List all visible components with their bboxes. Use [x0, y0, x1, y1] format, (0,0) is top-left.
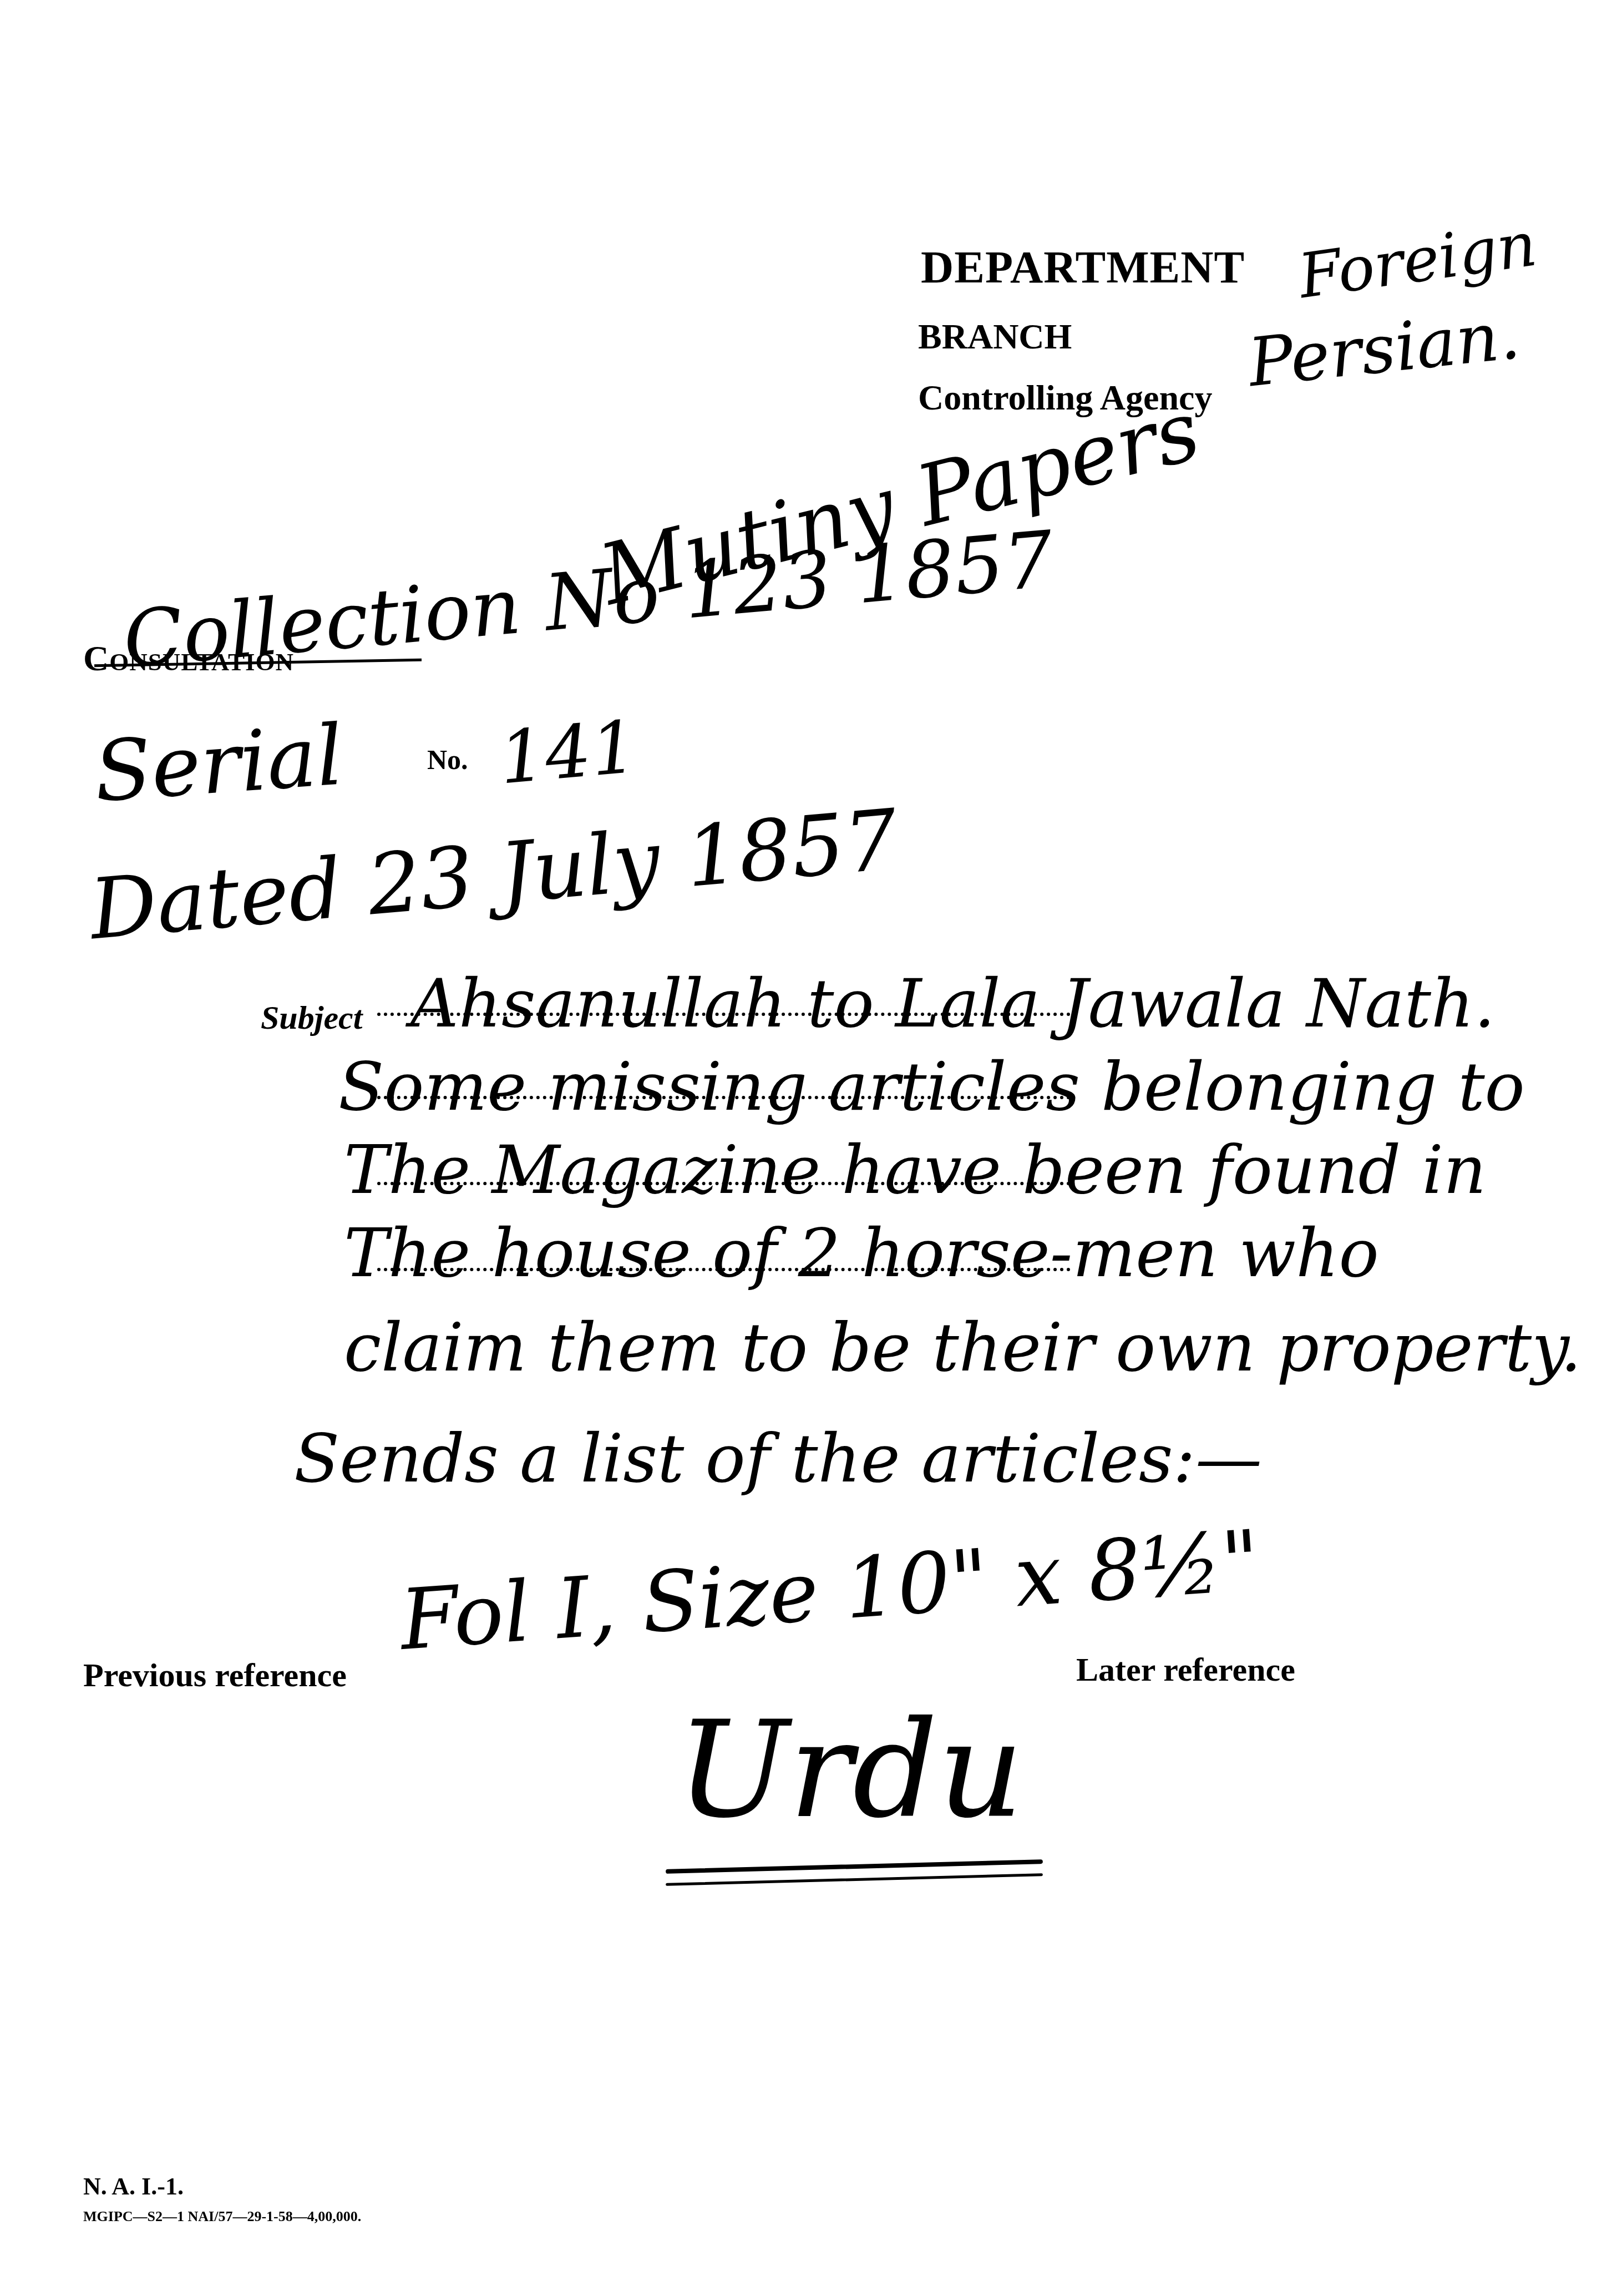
subject-line: The Magazine have been found in [344, 1132, 1486, 1209]
dated: Dated 23 July 1857 [86, 792, 901, 959]
previous-reference-label: Previous reference [83, 1656, 347, 1695]
later-reference-label: Later reference [1076, 1651, 1295, 1689]
serial-no-label: No. [427, 744, 468, 776]
subject-line: Sends a list of the articles:— [294, 1420, 1262, 1498]
department-label: DEPARTMENT [921, 241, 1245, 294]
subject-label: Subject [261, 999, 362, 1037]
print-info: MGIPC—S2—1 NAI/57—29-1-58—4,00,000. [83, 2208, 361, 2225]
serial-number: 141 [496, 704, 640, 800]
subject-line: claim them to be their own property. [344, 1309, 1581, 1387]
subject-line: Some missing articles belonging to [338, 1049, 1525, 1126]
underline [666, 1873, 1043, 1886]
underline [666, 1859, 1043, 1874]
department-value: Foreign [1294, 209, 1540, 312]
branch-value: Persian. [1245, 297, 1524, 402]
subject-line: The house of 2 horse-men who [344, 1215, 1379, 1292]
subject-line: Ahsanullah to Lala Jawala Nath. [410, 965, 1495, 1043]
language-note: Urdu [677, 1692, 1023, 1848]
serial-label: Serial [91, 707, 346, 821]
folio-size-note: Fol I, Size 10" x 8½" [397, 1513, 1263, 1669]
consultation-label: Consultation [83, 638, 294, 679]
form-number: N. A. I.-1. [83, 2172, 184, 2201]
branch-label: BRANCH [918, 316, 1072, 357]
